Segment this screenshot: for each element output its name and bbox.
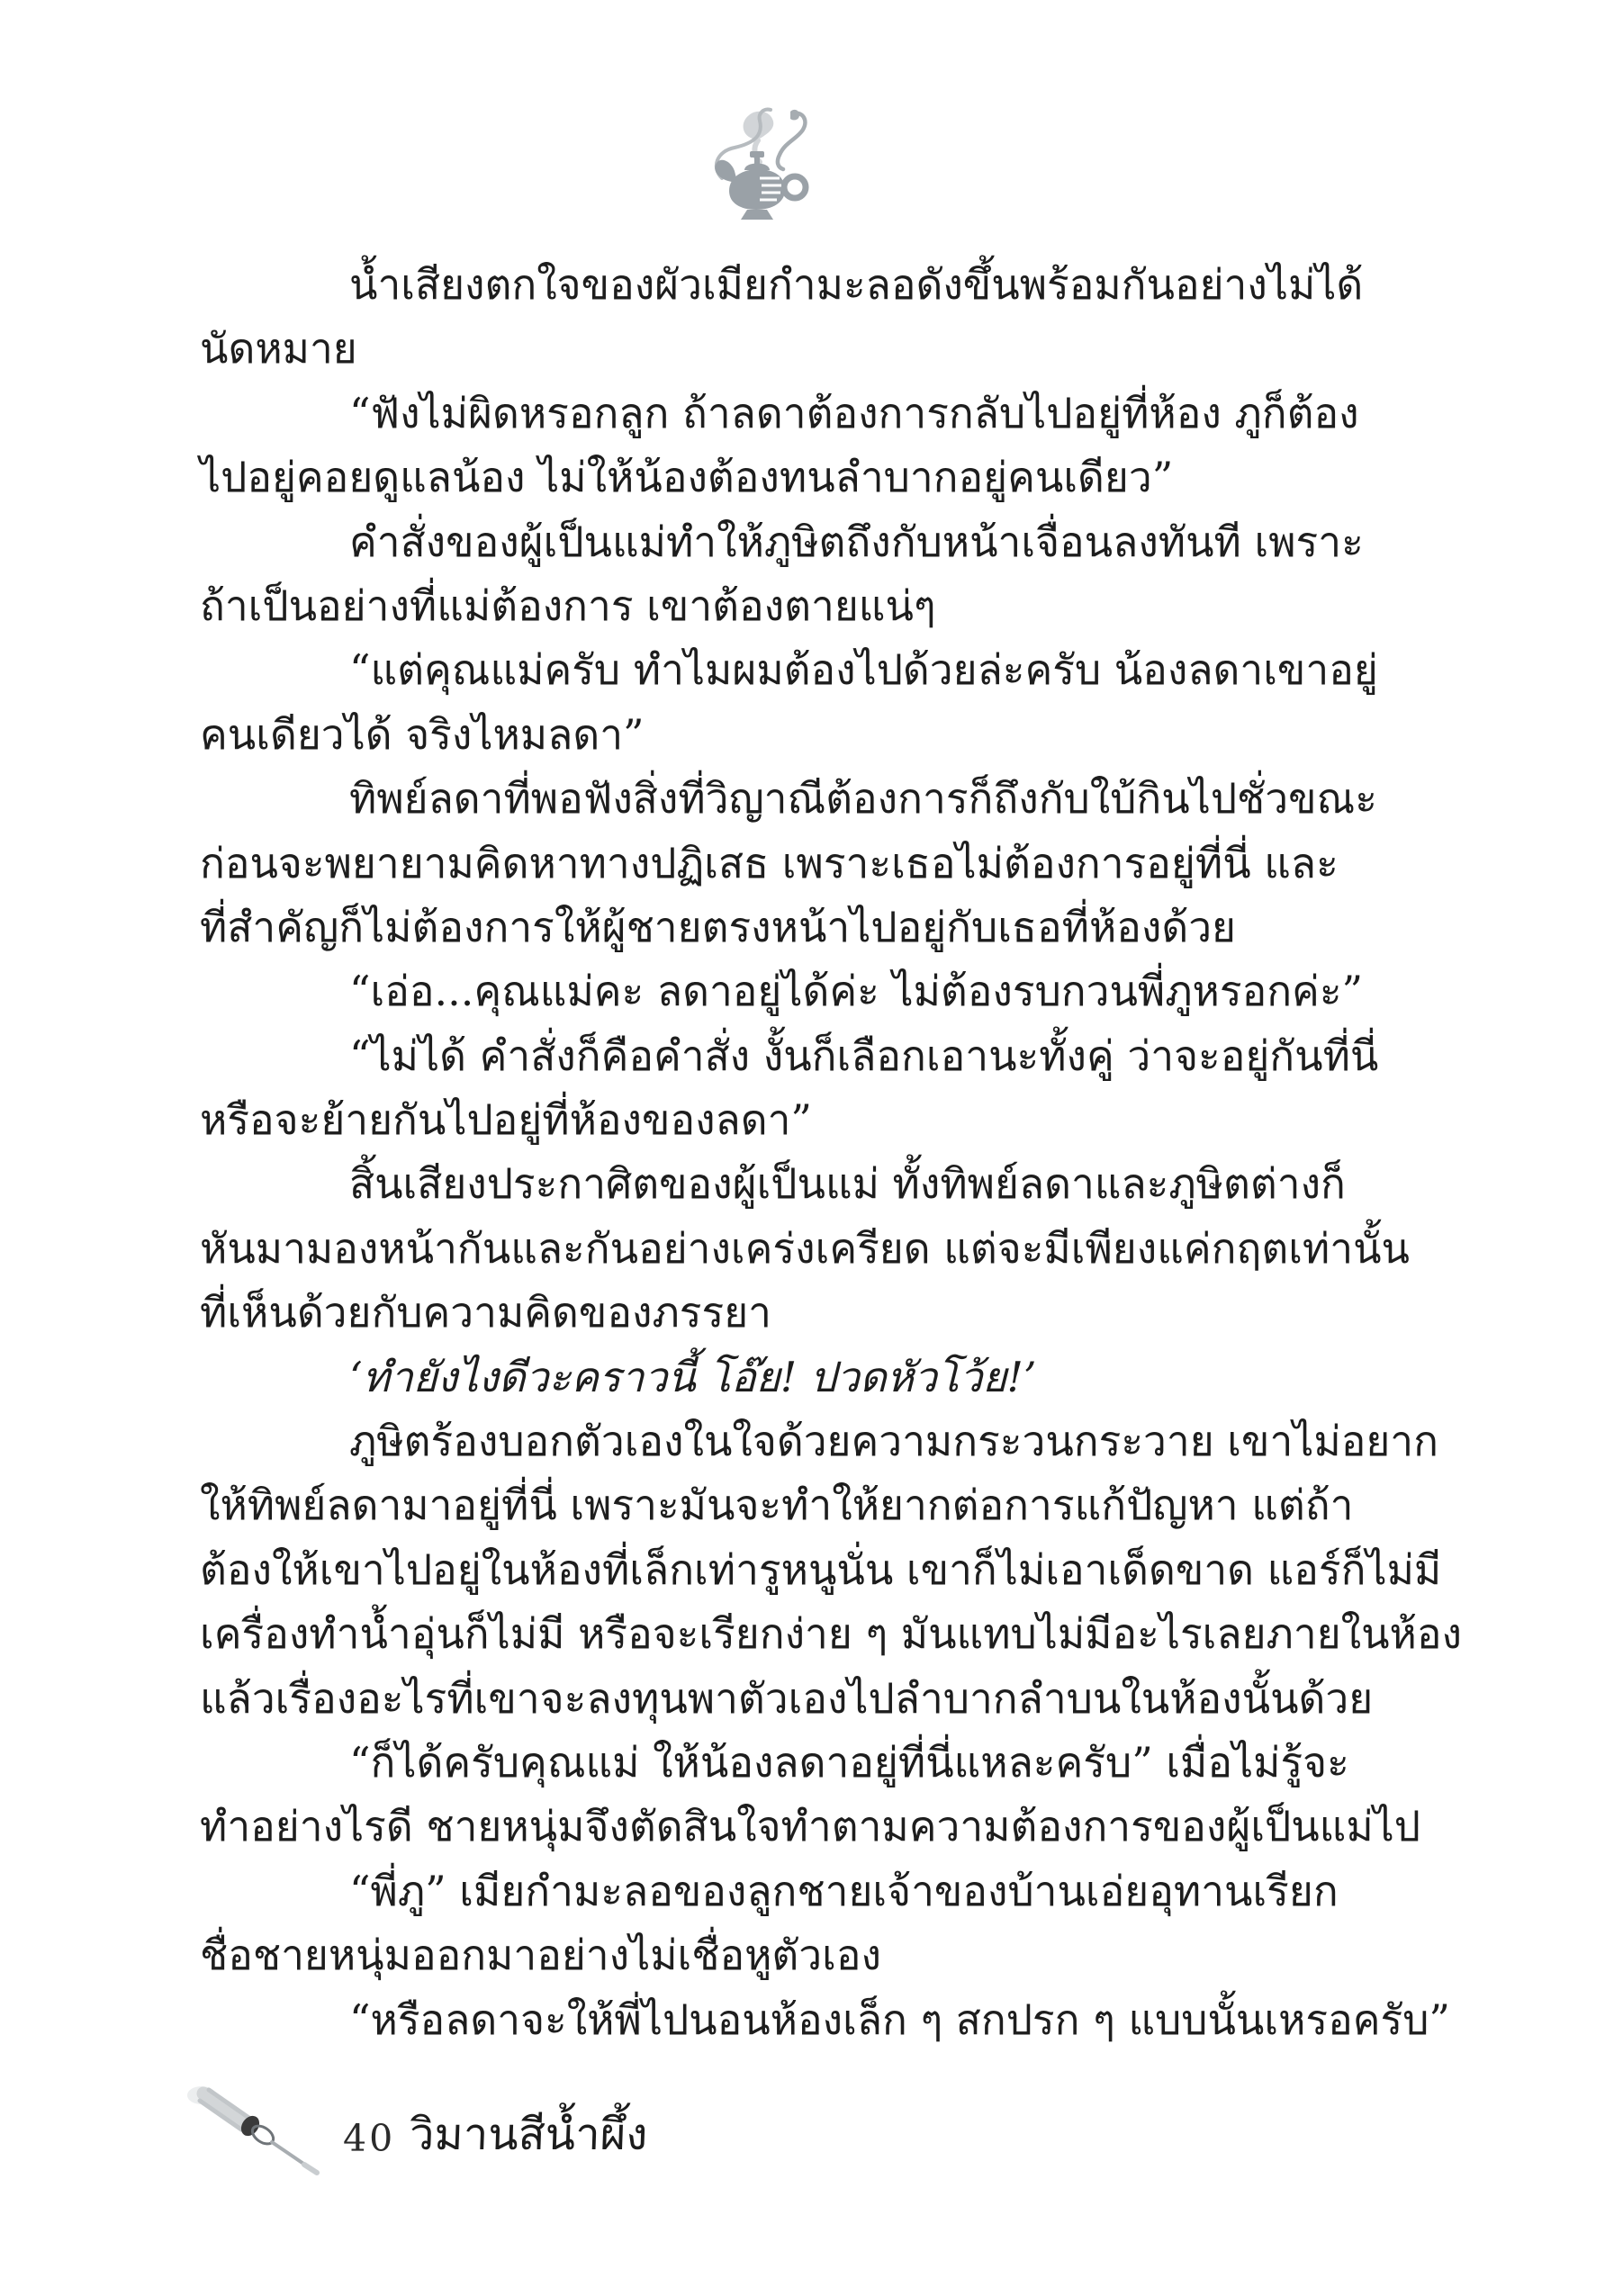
text-line: “ก็ได้ครับคุณแม่ ให้น้องลดาอยู่ที่นี่แหล… (200, 1731, 1332, 1795)
text-line: ชื่อชายหนุ่มออกมาอย่างไม่เชื่อหูตัวเอง (200, 1923, 1332, 1987)
text-line: น้ำเสียงตกใจของผัวเมียกำมะลอดังขึ้นพร้อม… (200, 253, 1332, 317)
text-line: “หรือลดาจะให้พี่ไปนอนห้องเล็ก ๆ สกปรก ๆ … (200, 1988, 1332, 2052)
quill-pen-icon (178, 2079, 322, 2180)
page-footer: 40 วิมานสีน้ำผึ้ง (0, 2077, 1605, 2203)
text-line: ที่สำคัญก็ไม่ต้องการให้ผู้ชายตรงหน้าไปอย… (200, 896, 1332, 959)
book-page: น้ำเสียงตกใจของผัวเมียกำมะลอดังขึ้นพร้อม… (0, 0, 1605, 2296)
text-line: ถ้าเป็นอย่างที่แม่ต้องการ เขาต้องตายแน่ๆ (200, 574, 1332, 638)
text-line: ก่อนจะพยายามคิดหาทางปฏิเสธ เพราะเธอไม่ต้… (200, 832, 1332, 896)
page-number: 40 (343, 2117, 395, 2160)
text-line: ภูษิตร้องบอกตัวเองในใจด้วยความกระวนกระวา… (200, 1409, 1332, 1473)
footer-ornament (178, 2079, 322, 2180)
text-line: ทำอย่างไรดี ชายหนุ่มจึงตัดสินใจทำตามความ… (200, 1795, 1332, 1859)
text-line: เครื่องทำน้ำอุ่นก็ไม่มี หรือจะเรียกง่าย … (200, 1602, 1332, 1666)
text-line: หรือจะย้ายกันไปอยู่ที่ห้องของลดา” (200, 1088, 1332, 1152)
text-line: หันมามองหน้ากันและกันอย่างเคร่งเครียด แต… (200, 1217, 1332, 1281)
text-line: แล้วเรื่องอะไรที่เขาจะลงทุนพาตัวเองไปลำบ… (200, 1667, 1332, 1731)
text-line: “พี่ภู” เมียกำมะลอของลูกชายเจ้าของบ้านเอ… (200, 1859, 1332, 1923)
text-line: ให้ทิพย์ลดามาอยู่ที่นี่ เพราะมันจะทำให้ย… (200, 1473, 1332, 1537)
chapter-ornament (708, 104, 812, 225)
text-line: ทิพย์ลดาที่พอฟังสิ่งที่วิญาณีต้องการก็ถึ… (200, 767, 1332, 831)
genie-lamp-icon (708, 104, 812, 225)
text-line: นัดหมาย (200, 317, 1332, 381)
text-line: ที่เห็นด้วยกับความคิดของภรรยา (200, 1281, 1332, 1345)
text-line: ต้องให้เขาไปอยู่ในห้องที่เล็กเท่ารูหนูนั… (200, 1538, 1332, 1602)
book-title: วิมานสีน้ำผึ้ง (409, 2099, 649, 2169)
text-line: “ไม่ได้ คำสั่งก็คือคำสั่ง งั้นก็เลือกเอา… (200, 1024, 1332, 1088)
text-line: “แต่คุณแม่ครับ ทำไมผมต้องไปด้วยล่ะครับ น… (200, 638, 1332, 702)
text-line: คำสั่งของผู้เป็นแม่ทำให้ภูษิตถึงกับหน้าเ… (200, 510, 1332, 574)
text-line: สิ้นเสียงประกาศิตของผู้เป็นแม่ ทั้งทิพย์… (200, 1152, 1332, 1216)
text-line: ไปอยู่คอยดูแลน้อง ไม่ให้น้องต้องทนลำบากอ… (200, 446, 1332, 509)
text-line: ‘ทำยังไงดีวะคราวนี้ โอ๊ย! ปวดหัวโว้ย!’ (200, 1346, 1332, 1409)
text-line: “เอ่อ...คุณแม่คะ ลดาอยู่ได้ค่ะ ไม่ต้องรบ… (200, 959, 1332, 1023)
body-text: น้ำเสียงตกใจของผัวเมียกำมะลอดังขึ้นพร้อม… (200, 253, 1332, 2052)
text-line: คนเดียวได้ จริงไหมลดา” (200, 703, 1332, 767)
text-line: “ฟังไม่ผิดหรอกลูก ถ้าลดาต้องการกลับไปอยู… (200, 382, 1332, 446)
